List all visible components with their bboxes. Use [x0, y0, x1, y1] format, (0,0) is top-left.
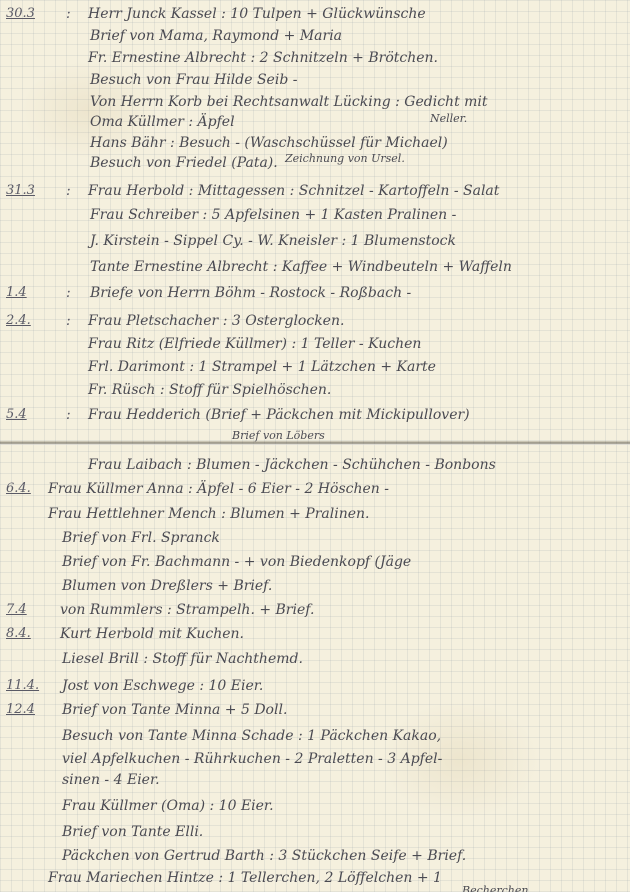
entry-date: 1.4	[6, 285, 27, 300]
entry-line: Brief von Frl. Spranck	[0, 530, 630, 554]
entry-text: Brief von Fr. Bachmann - + von Biedenkop…	[62, 554, 411, 570]
entry-text: von Rummlers : Strampelh. + Brief.	[60, 602, 314, 618]
entry-text: Frau Hettlehner Mench : Blumen + Praline…	[48, 506, 369, 522]
entry-date: 31.3	[6, 183, 35, 198]
entry-date: 7.4	[6, 602, 27, 617]
entry-line: Frau Laibach : Blumen - Jäckchen - Schüh…	[0, 457, 630, 481]
date-separator: :	[66, 285, 71, 301]
entry-text: Hans Bähr : Besuch - (Waschschüssel für …	[90, 135, 448, 151]
entry-line: Frau Mariechen Hintze : 1 Tellerchen, 2 …	[0, 870, 630, 892]
entry-text: Frl. Darimont : 1 Strampel + 1 Lätzchen …	[88, 359, 436, 375]
entry-date: 2.4.	[6, 313, 31, 328]
entry-text: Brief von Tante Elli.	[62, 824, 203, 840]
entry-line: Tante Ernestine Albrecht : Kaffee + Wind…	[0, 259, 630, 283]
entry-date: 5.4	[6, 407, 27, 422]
entry-line: Frau Ritz (Elfriede Küllmer) : 1 Teller …	[0, 336, 630, 360]
grid-paper-page: 30.3:Herr Junck Kassel : 10 Tulpen + Glü…	[0, 0, 630, 892]
entry-line: Liesel Brill : Stoff für Nachthemd.	[0, 651, 630, 675]
entry-date: 11.4.	[6, 678, 39, 693]
entry-text: Frau Schreiber : 5 Apfelsinen + 1 Kasten…	[90, 207, 456, 223]
entry-text: Frau Hedderich (Brief + Päckchen mit Mic…	[88, 407, 470, 423]
entry-line: Besuch von Frau Hilde Seib -	[0, 72, 630, 96]
entry-text: Päckchen von Gertrud Barth : 3 Stückchen…	[62, 848, 466, 864]
entry-line: 1.4:Briefe von Herrn Böhm - Rostock - Ro…	[0, 285, 630, 309]
entry-annotation: Zeichnung von Ursel.	[285, 152, 405, 165]
entry-line: 31.3:Frau Herbold : Mittagessen : Schnit…	[0, 183, 630, 207]
entry-line: Fr. Ernestine Albrecht : 2 Schnitzeln + …	[0, 50, 630, 74]
entry-text: Oma Küllmer : Äpfel	[90, 114, 235, 130]
entry-text: Besuch von Frau Hilde Seib -	[90, 72, 297, 88]
entry-line: 12.4Brief von Tante Minna + 5 Doll.	[0, 702, 630, 726]
entry-text: Herr Junck Kassel : 10 Tulpen + Glückwün…	[88, 6, 426, 22]
date-separator: :	[66, 183, 71, 199]
entry-text: Frau Mariechen Hintze : 1 Tellerchen, 2 …	[48, 870, 442, 886]
entry-line: 30.3:Herr Junck Kassel : 10 Tulpen + Glü…	[0, 6, 630, 30]
entry-line: Frau Schreiber : 5 Apfelsinen + 1 Kasten…	[0, 207, 630, 231]
entry-line: Frl. Darimont : 1 Strampel + 1 Lätzchen …	[0, 359, 630, 383]
entry-text: Frau Herbold : Mittagessen : Schnitzel -…	[88, 183, 499, 199]
entry-annotation: Becherchen	[462, 884, 528, 892]
entry-text: Brief von Mama, Raymond + Maria	[90, 28, 342, 44]
date-separator: :	[66, 6, 71, 22]
entry-text: Besuch von Tante Minna Schade : 1 Päckch…	[62, 728, 441, 744]
entry-text: sinen - 4 Eier.	[62, 772, 160, 788]
entry-date: 30.3	[6, 6, 35, 21]
entry-text: Frau Laibach : Blumen - Jäckchen - Schüh…	[88, 457, 496, 473]
entry-text: Fr. Rüsch : Stoff für Spielhöschen.	[88, 382, 331, 398]
entry-line: 6.4.Frau Küllmer Anna : Äpfel - 6 Eier -…	[0, 481, 630, 505]
date-separator: :	[66, 407, 71, 423]
entry-line: Frau Hettlehner Mench : Blumen + Praline…	[0, 506, 630, 530]
entry-text: Blumen von Dreßlers + Brief.	[62, 578, 272, 594]
entry-line: sinen - 4 Eier.	[0, 772, 630, 796]
entry-line: 5.4:Frau Hedderich (Brief + Päckchen mit…	[0, 407, 630, 431]
entry-text: viel Apfelkuchen - Rührkuchen - 2 Pralet…	[62, 751, 442, 767]
entry-text: Tante Ernestine Albrecht : Kaffee + Wind…	[90, 259, 512, 275]
entry-line: Brief von Mama, Raymond + Maria	[0, 28, 630, 52]
entry-text: Frau Küllmer Anna : Äpfel - 6 Eier - 2 H…	[48, 481, 389, 497]
entry-line: 7.4von Rummlers : Strampelh. + Brief.	[0, 602, 630, 626]
entry-text: Kurt Herbold mit Kuchen.	[60, 626, 244, 642]
entry-line: J. Kirstein - Sippel Cy. - W. Kneisler :…	[0, 233, 630, 257]
entry-date: 12.4	[6, 702, 35, 717]
entry-line: Blumen von Dreßlers + Brief.	[0, 578, 630, 602]
entry-text: Brief von Tante Minna + 5 Doll.	[62, 702, 287, 718]
entry-date: 8.4.	[6, 626, 31, 641]
entry-text: Besuch von Friedel (Pata).	[90, 155, 278, 171]
entry-text: J. Kirstein - Sippel Cy. - W. Kneisler :…	[90, 233, 456, 249]
entry-text: Frau Küllmer (Oma) : 10 Eier.	[62, 798, 274, 814]
entry-annotation: Neller.	[430, 112, 467, 125]
entry-line: 2.4.:Frau Pletschacher : 3 Osterglocken.	[0, 313, 630, 337]
entry-annotation: Brief von Löbers	[232, 429, 325, 442]
entry-date: 6.4.	[6, 481, 31, 496]
entry-line: Besuch von Tante Minna Schade : 1 Päckch…	[0, 728, 630, 752]
entry-line: Päckchen von Gertrud Barth : 3 Stückchen…	[0, 848, 630, 872]
entry-text: Brief von Frl. Spranck	[62, 530, 220, 546]
entry-text: Jost von Eschwege : 10 Eier.	[62, 678, 263, 694]
entry-text: Frau Ritz (Elfriede Küllmer) : 1 Teller …	[88, 336, 421, 352]
entry-line: Brief von Fr. Bachmann - + von Biedenkop…	[0, 554, 630, 578]
entry-line: 8.4.Kurt Herbold mit Kuchen.	[0, 626, 630, 650]
entry-text: Liesel Brill : Stoff für Nachthemd.	[62, 651, 303, 667]
entry-line: Frau Küllmer (Oma) : 10 Eier.	[0, 798, 630, 822]
entry-line: Fr. Rüsch : Stoff für Spielhöschen.	[0, 382, 630, 406]
entry-text: Briefe von Herrn Böhm - Rostock - Roßbac…	[90, 285, 411, 301]
entry-text: Von Herrn Korb bei Rechtsanwalt Lücking …	[90, 94, 488, 110]
entry-text: Fr. Ernestine Albrecht : 2 Schnitzeln + …	[88, 50, 438, 66]
entry-line: Brief von Tante Elli.	[0, 824, 630, 848]
entry-line: 11.4.Jost von Eschwege : 10 Eier.	[0, 678, 630, 702]
entry-text: Frau Pletschacher : 3 Osterglocken.	[88, 313, 344, 329]
date-separator: :	[66, 313, 71, 329]
